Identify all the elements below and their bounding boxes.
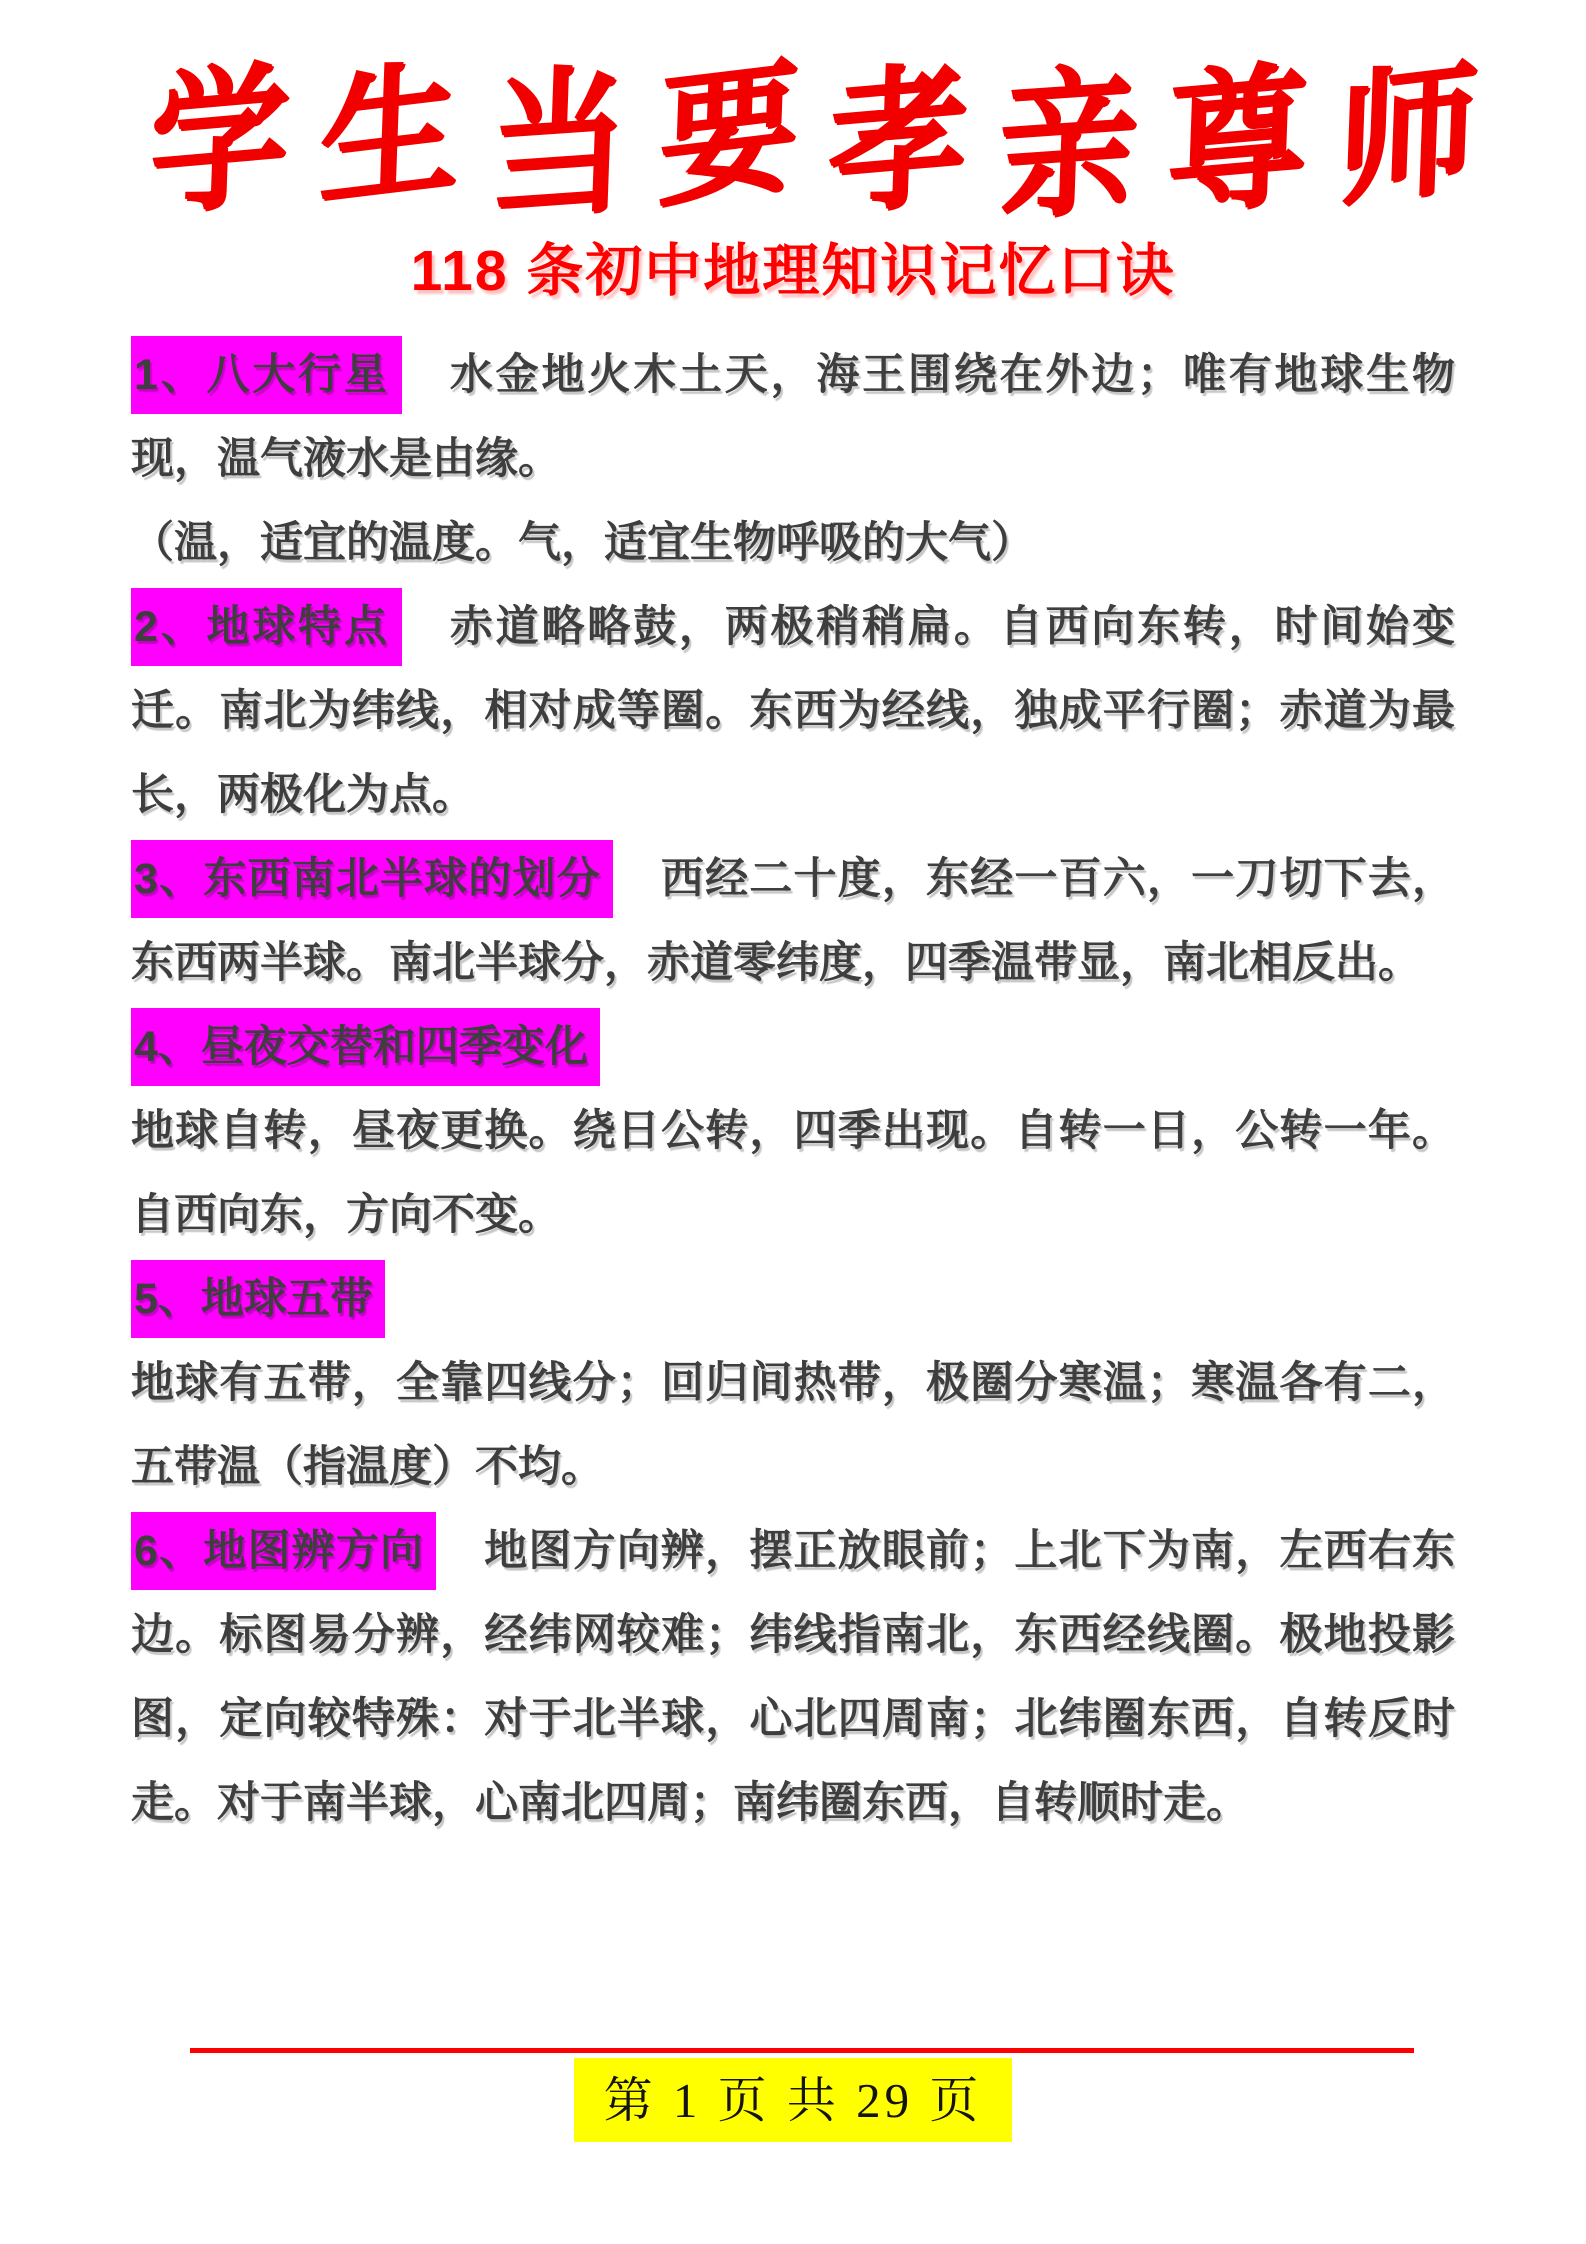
section-heading-highlight: 3、东西南北半球的划分 xyxy=(131,840,613,918)
calligraphy-char: 当 xyxy=(486,60,630,228)
calligraphy-char: 要 xyxy=(656,54,801,215)
mnemonics-list: 1、八大行星水金地火木土天，海王围绕在外边；唯有地球生物现，温气液水是由缘。（温… xyxy=(131,333,1455,1845)
page-footer: 第 1 页 共 29 页 xyxy=(0,2048,1586,2142)
mnemonic-paragraph: 3、东西南北半球的划分西经二十度，东经一百六，一刀切下去，东西两半球。南北半球分… xyxy=(131,837,1455,1005)
footer-divider xyxy=(190,2048,1414,2053)
calligraphy-char: 尊 xyxy=(1165,57,1309,223)
mnemonic-paragraph: 1、八大行星水金地火木土天，海王围绕在外边；唯有地球生物现，温气液水是由缘。 xyxy=(131,333,1455,501)
mnemonic-paragraph: （温，适宜的温度。气，适宜生物呼吸的大气） xyxy=(131,501,1455,585)
mnemonic-text: （温，适宜的温度。气，适宜生物呼吸的大气） xyxy=(131,519,1034,567)
mnemonic-paragraph: 4、昼夜交替和四季变化 xyxy=(131,1005,1455,1089)
calligraphy-char: 孝 xyxy=(826,57,970,223)
mnemonic-paragraph: 地球有五带，全靠四线分；回归间热带，极圈分寒温；寒温各有二，五带温（指温度）不均… xyxy=(131,1341,1455,1509)
section-heading-highlight: 4、昼夜交替和四季变化 xyxy=(131,1008,600,1086)
section-heading-highlight: 2、地球特点 xyxy=(131,588,402,666)
mnemonic-text: 地球有五带，全靠四线分；回归间热带，极圈分寒温；寒温各有二，五带温（指温度）不均… xyxy=(131,1359,1455,1491)
mnemonic-paragraph: 5、地球五带 xyxy=(131,1257,1455,1341)
calligraphy-char: 亲 xyxy=(995,60,1139,228)
calligraphy-char: 学 xyxy=(147,57,291,223)
mnemonic-paragraph: 地球自转，昼夜更换。绕日公转，四季出现。自转一日，公转一年。自西向东，方向不变。 xyxy=(131,1089,1455,1257)
document-header: 学生当要孝亲尊师 118 条初中地理知识记忆口诀 xyxy=(0,34,1586,307)
section-heading-highlight: 6、地图辨方向 xyxy=(131,1512,436,1590)
calligraphy-char: 生 xyxy=(317,54,462,215)
section-heading-highlight: 5、地球五带 xyxy=(131,1260,385,1338)
document-page: 学生当要孝亲尊师 118 条初中地理知识记忆口诀 1、八大行星水金地火木土天，海… xyxy=(0,0,1586,2244)
page-title: 118 条初中地理知识记忆口诀 xyxy=(0,225,1586,307)
mnemonic-paragraph: 2、地球特点赤道略略鼓，两极稍稍扁。自西向东转，时间始变迁。南北为纬线，相对成等… xyxy=(131,585,1455,837)
page-number-badge: 第 1 页 共 29 页 xyxy=(574,2058,1013,2142)
section-heading-highlight: 1、八大行星 xyxy=(131,336,402,414)
mnemonic-text: 地球自转，昼夜更换。绕日公转，四季出现。自转一日，公转一年。自西向东，方向不变。 xyxy=(131,1107,1455,1239)
calligraphy-char: 师 xyxy=(1335,54,1480,215)
mnemonic-paragraph: 6、地图辨方向地图方向辨，摆正放眼前；上北下为南，左西右东边。标图易分辨，经纬网… xyxy=(131,1509,1455,1845)
calligraphy-banner: 学生当要孝亲尊师 xyxy=(150,34,1476,209)
